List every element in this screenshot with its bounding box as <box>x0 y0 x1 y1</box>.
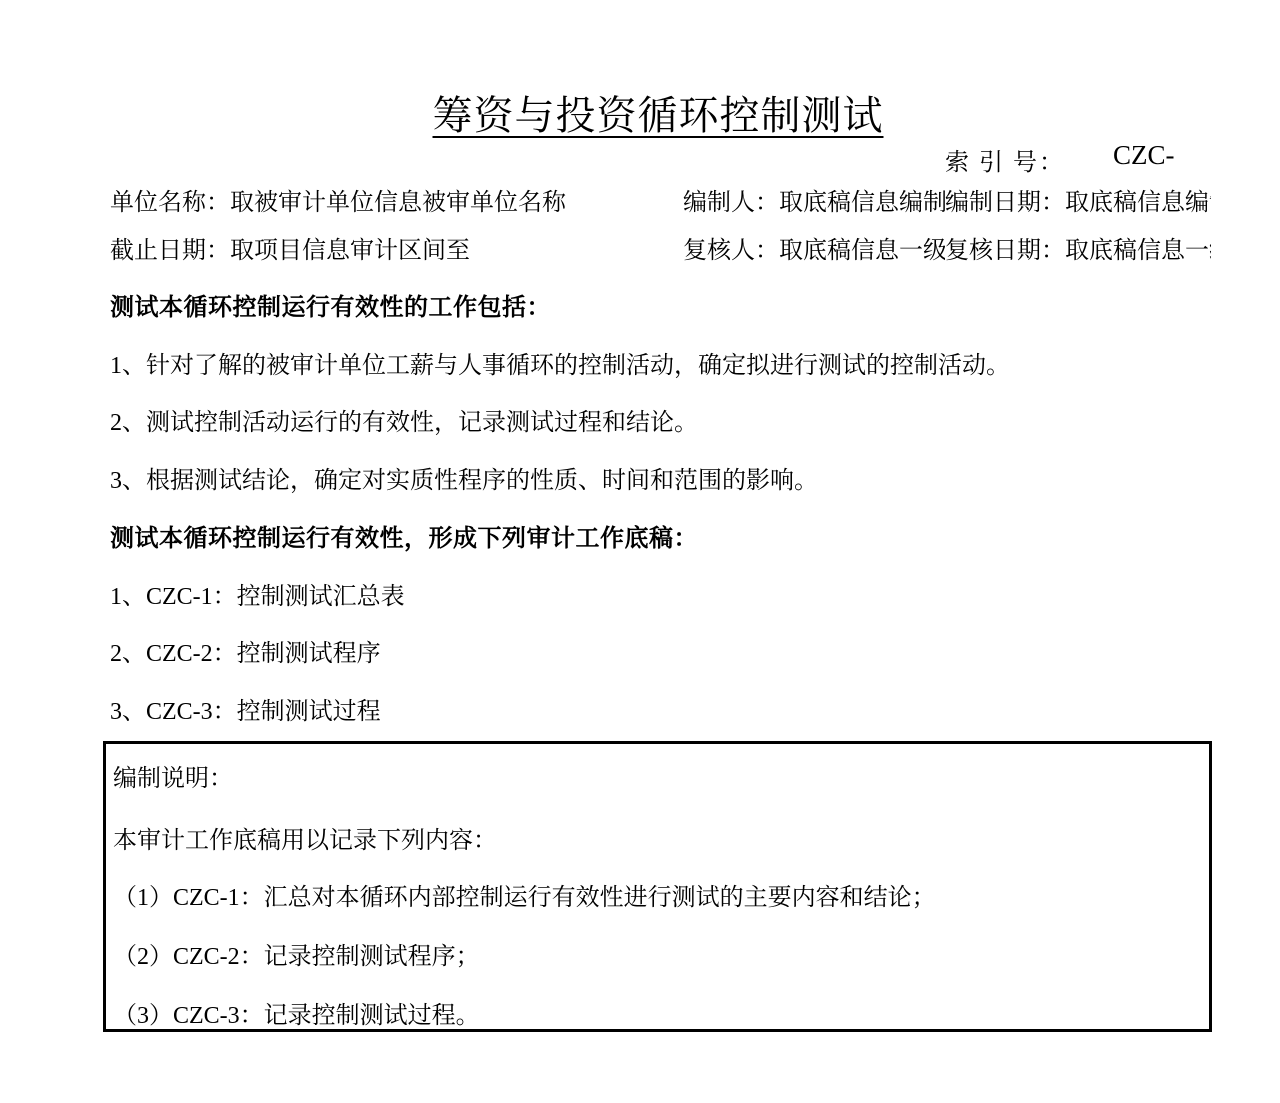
index-number-value: CZC- <box>1113 140 1175 171</box>
note-box-item-3: （3）CZC-3：记录控制测试过程。 <box>113 995 480 1030</box>
review-date-cell: 复核日期：取底稿信息一级复核日期 <box>945 234 1211 268</box>
section2-heading: 测试本循环控制运行有效性，形成下列审计工作底稿： <box>110 518 698 553</box>
cutoff-date-cell: 截止日期：取项目信息审计区间至 <box>110 234 670 268</box>
document-page: 筹资与投资循环控制测试 索 引 号： CZC- 单位名称：取被审计单位信息被审单… <box>0 0 1280 1103</box>
note-box-title: 编制说明： <box>113 758 233 793</box>
unit-name-cell: 单位名称：取被审计单位信息被审单位名称 <box>110 186 670 220</box>
section2-item-3: 3、CZC-3：控制测试过程 <box>110 691 381 726</box>
note-box-item-1: （1）CZC-1：汇总对本循环内部控制运行有效性进行测试的主要内容和结论； <box>113 877 936 912</box>
section2-item-1: 1、CZC-1：控制测试汇总表 <box>110 576 405 611</box>
note-box-item-2: （2）CZC-2：记录控制测试程序； <box>113 936 480 971</box>
reviewer-cell: 复核人：取底稿信息一级复核人 <box>683 234 945 268</box>
index-number-label: 索 引 号： <box>945 142 1065 177</box>
section1-heading: 测试本循环控制运行有效性的工作包括： <box>110 287 551 322</box>
preparer-cell: 编制人：取底稿信息编制人 <box>683 186 945 220</box>
document-title: 筹资与投资循环控制测试 <box>0 84 1280 141</box>
preparation-note-box: 编制说明： 本审计工作底稿用以记录下列内容： （1）CZC-1：汇总对本循环内部… <box>103 741 1212 1032</box>
section2-item-2: 2、CZC-2：控制测试程序 <box>110 633 381 668</box>
section1-item-3: 3、根据测试结论，确定对实质性程序的性质、时间和范围的影响。 <box>110 460 818 495</box>
prepare-date-cell: 编制日期：取底稿信息编制日期 <box>945 186 1211 220</box>
section1-item-1: 1、针对了解的被审计单位工薪与人事循环的控制活动，确定拟进行测试的控制活动。 <box>110 345 1010 380</box>
section1-item-2: 2、测试控制活动运行的有效性，记录测试过程和结论。 <box>110 402 698 437</box>
note-box-intro: 本审计工作底稿用以记录下列内容： <box>113 820 497 855</box>
